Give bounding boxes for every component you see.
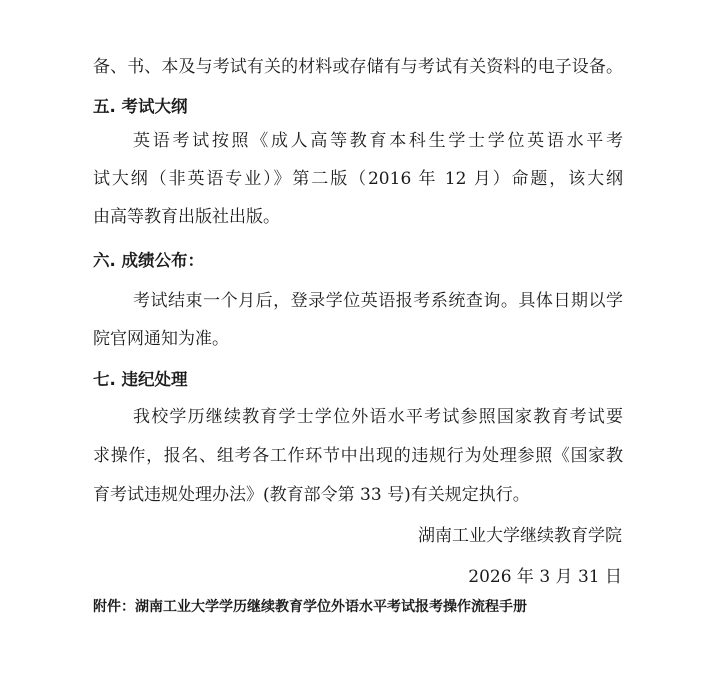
paragraph-line: 考试结束一个月后，登录学位英语报考系统查询。具体日期以学 xyxy=(133,290,623,312)
paragraph-line: 育考试违规处理办法》(教育部令第 33 号)有关规定执行。 xyxy=(93,484,530,506)
signature-date: 2026 年 3 月 31 日 xyxy=(468,566,622,588)
section-heading-violations: 七. 违纪处理 xyxy=(93,369,188,391)
paragraph-line: 试大纲（非英语专业）》第二版（2016 年 12 月）命题，该大纲 xyxy=(93,168,623,190)
attachment-note: 附件：湖南工业大学学历继续教育学位外语水平考试报考操作流程手册 xyxy=(93,596,527,618)
section-heading-syllabus: 五. 考试大纲 xyxy=(93,96,188,118)
paragraph-line: 英语考试按照《成人高等教育本科生学士学位英语水平考 xyxy=(133,130,623,152)
signature-organization: 湖南工业大学继续教育学院 xyxy=(418,525,622,547)
paragraph-line: 由高等教育出版社出版。 xyxy=(93,206,280,228)
paragraph-line: 院官网通知为准。 xyxy=(93,328,229,350)
paragraph-line: 备、书、本及与考试有关的材料或存储有与考试有关资料的电子设备。 xyxy=(93,56,623,78)
paragraph-line: 求操作，报名、组考各工作环节中出现的违规行为处理参照《国家教 xyxy=(93,445,623,467)
paragraph-line: 我校学历继续教育学士学位外语水平考试参照国家教育考试要 xyxy=(133,406,623,428)
section-heading-results: 六. 成绩公布： xyxy=(93,250,204,272)
